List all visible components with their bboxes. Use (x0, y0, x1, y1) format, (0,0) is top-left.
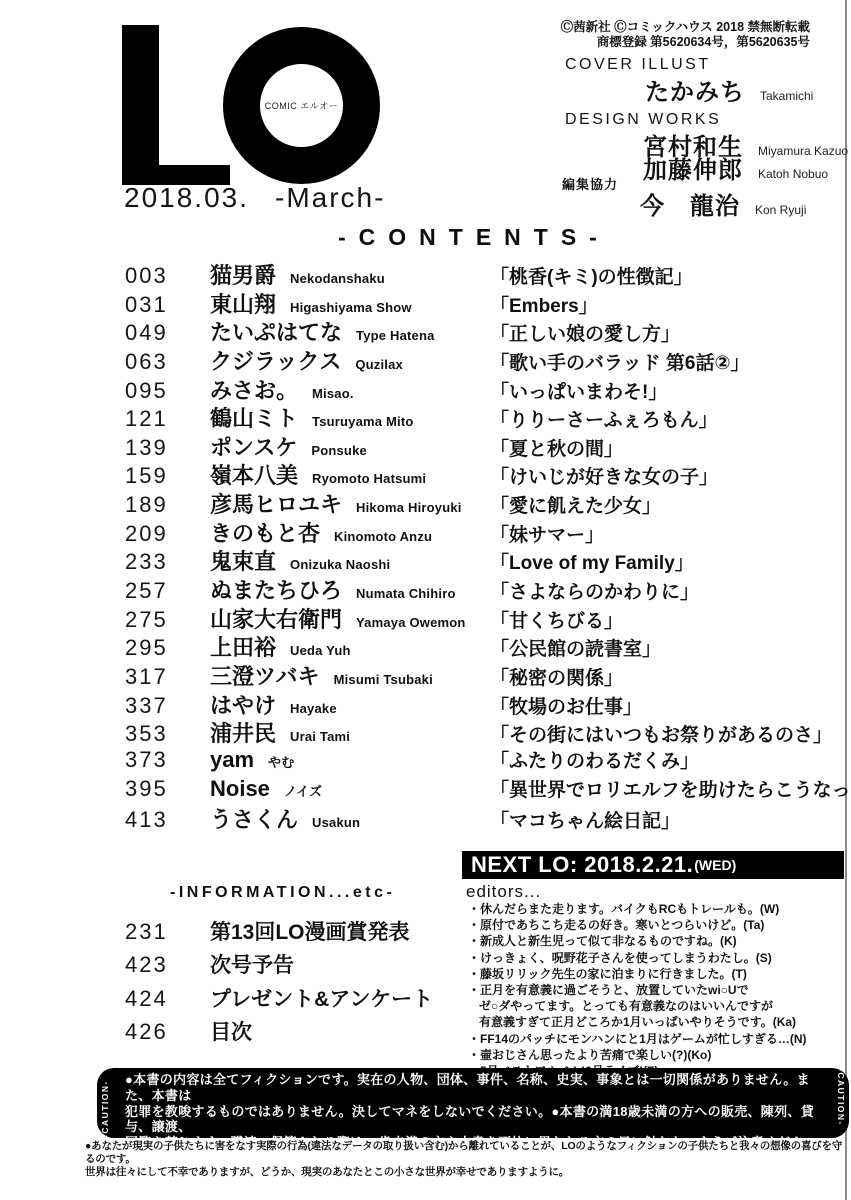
toc-author-cell: ポンスケPonsuke (210, 431, 490, 462)
editor-note-line: ・原付であちこち走るの好き。寒いとつらいけど。(Ta) (468, 917, 850, 933)
info-title: 第13回LO漫画賞発表 (210, 916, 410, 946)
toc-author-romaji: やむ (268, 752, 294, 771)
toc-page-number: 063 (125, 349, 210, 375)
toc-author: 彦馬ヒロユキ (210, 488, 342, 519)
toc-author: ポンスケ (210, 431, 297, 462)
toc-row: 295上田裕Ueda Yuh「公民館の読書室」 (125, 631, 841, 660)
toc-author-cell: 浦井民Urai Tami (210, 717, 490, 748)
toc-title: 「正しい娘の愛し方」 (490, 319, 680, 346)
toc-page-number: 395 (125, 776, 210, 802)
toc-row: 337はやけHayake「牧場のお仕事」 (125, 689, 841, 718)
toc-author: yam (210, 747, 254, 773)
toc-title: 「いっぱいまわそ!」 (490, 377, 667, 404)
toc-author-romaji: Hikoma Hiroyuki (356, 500, 462, 515)
toc-page-number: 275 (125, 607, 210, 633)
info-row: 424プレゼント&アンケート (125, 983, 433, 1016)
logo-letter-l (122, 25, 230, 185)
toc-page-number: 095 (125, 378, 210, 404)
info-title: 次号予告 (210, 949, 294, 979)
cover-illust-name: たかみち (645, 72, 745, 107)
info-page-number: 426 (125, 1019, 210, 1045)
toc-author-cell: 鬼束直Onizuka Naoshi (210, 545, 490, 576)
toc-author: 嶺本八美 (210, 459, 298, 490)
toc-page-number: 233 (125, 549, 210, 575)
toc-author-cell: Noiseノイズ (210, 776, 490, 802)
info-title: 目次 (210, 1016, 252, 1046)
toc-row: 063クジラックスQuzilax「歌い手のバラッド 第6話②」 (125, 345, 841, 374)
toc-row: 413うさくんUsakun「マコちゃん絵日記」 (125, 803, 841, 832)
toc-author-romaji: Urai Tami (290, 729, 350, 744)
editor-note-line: ・壷おじさん思ったより苦痛で楽しい(?)(Ko) (468, 1047, 850, 1063)
toc-title: 「公民館の読書室」 (490, 634, 661, 661)
caution-side-label-left: -CAUTION- (100, 1068, 110, 1138)
toc-row: 233鬼束直Onizuka Naoshi「Love of my Family」 (125, 545, 841, 574)
info-page-number: 424 (125, 986, 210, 1012)
editing-support-credit: 今 龍治 Kon Ryuji (640, 186, 806, 221)
toc-title: 「妹サマー」 (490, 520, 604, 547)
toc-author-cell: きのもと杏Kinomoto Anzu (210, 517, 490, 548)
toc-title: 「牧場のお仕事」 (490, 692, 642, 719)
toc-author-cell: 彦馬ヒロユキHikoma Hiroyuki (210, 488, 490, 519)
toc-author: 浦井民 (210, 717, 276, 748)
toc-page-number: 337 (125, 693, 210, 719)
toc-author-romaji: Kinomoto Anzu (334, 529, 432, 544)
toc-title: 「その街にはいつもお祭りがあるのさ」 (490, 720, 832, 747)
copyright-notice: Ⓒ茜新社 Ⓒコミックハウス 2018 禁無断転載 商標登録 第5620634号，… (545, 20, 810, 50)
toc-author-cell: 猫男爵Nekodanshaku (210, 259, 490, 290)
toc-author-romaji: Misumi Tsubaki (334, 672, 433, 687)
toc-title: 「甘くちびる」 (490, 606, 623, 633)
toc-row: 121鶴山ミトTsuruyama Mito「りりーさーふぇろもん」 (125, 402, 841, 431)
info-row: 426目次 (125, 1016, 433, 1049)
toc-title: 「愛に飢えた少女」 (490, 491, 661, 518)
toc-row: 209きのもと杏Kinomoto Anzu「妹サマー」 (125, 517, 841, 546)
design-works-romaji: Katoh Nobuo (758, 167, 828, 181)
logo-inner-label: COMIC エルオー (260, 64, 343, 147)
toc-author-cell: みさお。Misao. (210, 374, 490, 405)
toc-title: 「桃香(キミ)の性徴記」 (490, 262, 693, 289)
design-works-credit: 宮村和生Miyamura Kazuo (643, 127, 848, 150)
toc-author-cell: 山家大右衛門Yamaya Owemon (210, 603, 490, 634)
toc-row: 159嶺本八美Ryomoto Hatsumi「けいじが好きな女の子」 (125, 459, 841, 488)
magazine-logo: COMIC エルオー 2018.03. -March- (122, 22, 422, 232)
toc-page-number: 373 (125, 747, 210, 773)
editing-support-romaji: Kon Ryuji (755, 203, 806, 217)
issue-date: 2018.03. (124, 182, 249, 214)
toc-page-number: 139 (125, 435, 210, 461)
next-issue-date: NEXT LO: 2018.2.21. (471, 852, 693, 878)
contents-heading: -CONTENTS- (338, 224, 610, 251)
design-works-list: 宮村和生Miyamura Kazuo加藤伸郎Katoh Nobuo (643, 127, 848, 172)
toc-author-romaji: Usakun (312, 815, 360, 830)
editor-note-line: ・新成人と新生児って似て非なるものですね。(K) (468, 933, 850, 949)
cover-illust-romaji: Takamichi (760, 89, 813, 103)
editors-heading: editors... (466, 882, 541, 902)
toc-row: 095みさお。Misao.「いっぱいまわそ!」 (125, 374, 841, 403)
toc-author-romaji: Type Hatena (356, 328, 435, 343)
toc-page-number: 209 (125, 521, 210, 547)
toc-title: 「歌い手のバラッド 第6話②」 (490, 348, 750, 375)
caution-side-label-right: -CAUTION- (836, 1068, 846, 1138)
toc-author: みさお。 (210, 374, 298, 405)
toc-author-cell: たいぷはてなType Hatena (210, 316, 490, 347)
toc-title: 「けいじが好きな女の子」 (490, 462, 718, 489)
toc-author: きのもと杏 (210, 517, 320, 548)
toc-page-number: 317 (125, 664, 210, 690)
issue-month: -March- (275, 182, 385, 214)
info-row: 231第13回LO漫画賞発表 (125, 916, 433, 949)
toc-row: 003猫男爵Nekodanshaku「桃香(キミ)の性徴記」 (125, 259, 841, 288)
toc-author: ぬまたちひろ (210, 574, 342, 605)
footer-disclaimer: ●あなたが現実の子供たちに害をなす実際の行為(違法なデータの取り扱い含む)から離… (85, 1140, 850, 1179)
toc-title: 「マコちゃん絵日記」 (490, 806, 680, 833)
caution-box: -CAUTION- ●本書の内容は全てフィクションです。実在の人物、団体、事件、… (97, 1068, 849, 1138)
cover-illust-credit: たかみち Takamichi (645, 72, 813, 107)
editing-support-name: 今 龍治 (640, 186, 740, 221)
toc-row: 031東山翔Higashiyama Show「Embers」 (125, 288, 841, 317)
toc-author-cell: 鶴山ミトTsuruyama Mito (210, 402, 490, 433)
toc-author-romaji: Nekodanshaku (290, 271, 385, 286)
toc-author-cell: はやけHayake (210, 689, 490, 720)
toc-page-number: 003 (125, 263, 210, 289)
toc-author-romaji: Onizuka Naoshi (290, 557, 390, 572)
toc-author-cell: 東山翔Higashiyama Show (210, 288, 490, 319)
editor-note-line: ・FF14のパッチにモンハンにと1月はゲームが忙しすぎる…(N) (468, 1031, 850, 1047)
editor-note-line: ・藤坂リリック先生の家に泊まりに行きました。(T) (468, 966, 850, 982)
toc-author: 鬼束直 (210, 545, 276, 576)
editor-note-line: ・休んだらまた走ります。バイクもRCもトレールも。(W) (468, 901, 850, 917)
toc-title: 「Embers」 (490, 291, 598, 318)
toc-page-number: 159 (125, 463, 210, 489)
toc-author-romaji: Numata Chihiro (356, 586, 456, 601)
toc-author-romaji: Ryomoto Hatsumi (312, 471, 426, 486)
toc-page-number: 295 (125, 635, 210, 661)
toc-page-number: 031 (125, 292, 210, 318)
toc-row: 373yamやむ「ふたりのわるだくみ」 (125, 746, 841, 775)
information-list: 231第13回LO漫画賞発表423次号予告424プレゼント&アンケート426目次 (125, 916, 433, 1050)
toc-author: 三澄ツバキ (210, 660, 320, 691)
toc-author-cell: 上田裕Ueda Yuh (210, 631, 490, 662)
next-issue-banner: NEXT LO: 2018.2.21. (WED) (462, 851, 844, 879)
editor-note-line: ・けっきょく、呪野花子さんを使ってしまうわたし。(S) (468, 950, 850, 966)
toc-row: 049たいぷはてなType Hatena「正しい娘の愛し方」 (125, 316, 841, 345)
editing-support-label: 編集協力 (562, 174, 618, 193)
editors-notes-list: ・休んだらまた走ります。バイクもRCもトレールも。(W)・原付であちこち走るの好… (468, 901, 850, 1079)
toc-list: 003猫男爵Nekodanshaku「桃香(キミ)の性徴記」031東山翔Higa… (125, 259, 841, 832)
info-row: 423次号予告 (125, 949, 433, 982)
toc-author-romaji: Misao. (312, 386, 354, 401)
toc-author: 鶴山ミト (210, 402, 298, 433)
next-issue-weekday: (WED) (694, 857, 736, 873)
toc-author-romaji: Higashiyama Show (290, 300, 412, 315)
toc-author: はやけ (210, 689, 276, 720)
toc-author: うさくん (210, 803, 298, 834)
toc-title: 「Love of my Family」 (490, 548, 694, 575)
toc-author: たいぷはてな (210, 316, 342, 347)
toc-author: 猫男爵 (210, 259, 276, 290)
toc-row: 139ポンスケPonsuke「夏と秋の間」 (125, 431, 841, 460)
toc-author-cell: 三澄ツバキMisumi Tsubaki (210, 660, 490, 691)
toc-row: 317三澄ツバキMisumi Tsubaki「秘密の関係」 (125, 660, 841, 689)
toc-author-romaji: Ponsuke (311, 443, 367, 458)
info-title: プレゼント&アンケート (210, 983, 433, 1013)
design-works-romaji: Miyamura Kazuo (758, 144, 848, 158)
toc-row: 275山家大右衛門Yamaya Owemon「甘くちびる」 (125, 603, 841, 632)
info-page-number: 231 (125, 919, 210, 945)
toc-author: クジラックス (210, 345, 341, 376)
toc-page-number: 189 (125, 492, 210, 518)
toc-row: 395Noiseノイズ「異世界でロリエルフを助けたらこうなったEp.100」 (125, 775, 841, 804)
toc-author: 東山翔 (210, 288, 276, 319)
toc-author-romaji: Hayake (290, 701, 337, 716)
toc-row: 257ぬまたちひろNumata Chihiro「さよならのかわりに」 (125, 574, 841, 603)
editor-note-line: ゼ○ダやってます。とっても有意義なのはいいんですが (468, 998, 850, 1014)
toc-row: 353浦井民Urai Tami「その街にはいつもお祭りがあるのさ」 (125, 717, 841, 746)
toc-author: Noise (210, 776, 270, 802)
toc-title: 「異世界でロリエルフを助けたらこうなったEp.100」 (490, 775, 851, 802)
design-works-name: 加藤伸郎 (643, 150, 743, 185)
toc-page-number: 413 (125, 807, 210, 833)
toc-author-cell: うさくんUsakun (210, 803, 490, 834)
logo-letter-o: COMIC エルオー (223, 27, 380, 184)
editor-note-line: 有意義すぎて正月どころか1月いっぱいやりそうです。(Ka) (468, 1014, 850, 1030)
toc-title: 「さよならのかわりに」 (490, 577, 699, 604)
toc-page-number: 121 (125, 406, 210, 432)
issue-line: 2018.03. -March- (124, 182, 385, 214)
toc-author-romaji: ノイズ (284, 781, 322, 800)
toc-author-cell: yamやむ (210, 747, 490, 773)
toc-title: 「夏と秋の間」 (490, 434, 623, 461)
toc-author-cell: クジラックスQuzilax (210, 345, 490, 376)
toc-page-number: 257 (125, 578, 210, 604)
toc-author-romaji: Yamaya Owemon (356, 615, 466, 630)
toc-author-romaji: Tsuruyama Mito (312, 414, 414, 429)
toc-author-cell: ぬまたちひろNumata Chihiro (210, 574, 490, 605)
toc-title: 「ふたりのわるだくみ」 (490, 746, 699, 773)
toc-title: 「りりーさーふぇろもん」 (490, 405, 718, 432)
toc-author: 山家大右衛門 (210, 603, 342, 634)
toc-author-romaji: Quzilax (355, 357, 403, 372)
toc-title: 「秘密の関係」 (490, 663, 623, 690)
toc-page-number: 353 (125, 721, 210, 747)
toc-row: 189彦馬ヒロユキHikoma Hiroyuki「愛に飢えた少女」 (125, 488, 841, 517)
toc-page-number: 049 (125, 320, 210, 346)
toc-author: 上田裕 (210, 631, 276, 662)
toc-author-cell: 嶺本八美Ryomoto Hatsumi (210, 459, 490, 490)
information-heading: -INFORMATION...etc- (170, 884, 395, 902)
info-page-number: 423 (125, 952, 210, 978)
editor-note-line: ・正月を有意義に過ごそうと、放置していたwi○Uで (468, 982, 850, 998)
toc-author-romaji: Ueda Yuh (290, 643, 351, 658)
